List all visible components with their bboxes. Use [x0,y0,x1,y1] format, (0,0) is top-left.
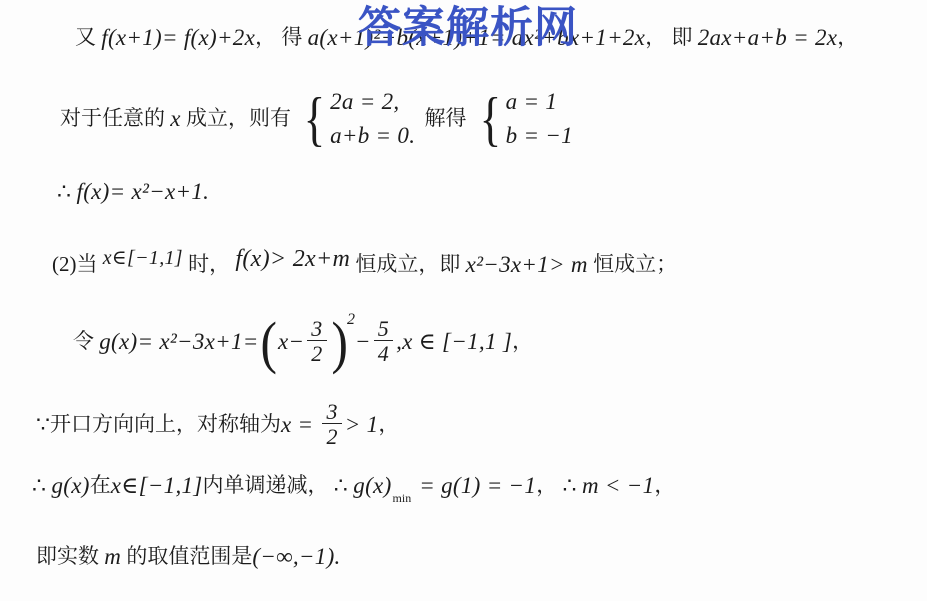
big-paren-close: ) [331,328,347,357]
text-run: ， 即 [645,25,698,50]
math-run: x∈[−1,1] [111,472,203,500]
text-run: 恒成立，即 [350,252,466,277]
math-run: g(x)= x²−3x+1= [99,328,258,356]
math-run: f(x+1)= f(x)+2x [101,24,255,52]
fraction: 3 2 [307,317,326,366]
minus-sign: − [355,328,371,356]
big-paren-open: ( [260,328,276,357]
min-subscript: min [393,491,412,505]
text-run: 恒成立； [588,252,677,277]
math-run: f(x)= x²−x+1. [77,178,210,206]
because-symbol: ∵ [36,412,50,438]
denominator: 2 [322,423,341,449]
solution-line-8: 即实数 m 的取值范围是 (−∞,−1). [36,543,341,571]
text-run: (2)当 [52,252,103,277]
fraction: 3 2 [322,400,341,449]
therefore-symbol: ∴ [334,473,354,499]
text-run: 对于任意的 [60,106,170,131]
solution-line-4: (2)当 x∈[−1,1] 时， f(x)> 2x+m 恒成立，即 x²−3x+… [52,250,677,279]
text-run: 开口方向向上，对称轴为 [50,412,281,437]
numerator: 3 [307,317,326,340]
text-run: ， [837,25,858,50]
denominator: 2 [307,340,326,366]
case-row: a+b = 0. [330,122,415,150]
math-run: = g(1) = −1 [413,472,536,500]
case-row: b = −1 [506,122,573,150]
text-run: 即实数 [36,544,104,569]
math-run: x− [278,328,304,356]
case-row: 2a = 2, [330,88,415,116]
text-run: ， [536,473,562,498]
math-run: f(x)> 2x+m [235,245,350,274]
therefore-symbol: ∴ [57,179,77,205]
math-run: > 1 [345,411,379,439]
math-run: x [170,105,181,133]
watermark: 答案解析网 [358,0,578,55]
text-run: 又 [75,25,101,50]
math-run: x = [281,411,319,439]
math-run: (−∞,−1). [252,543,340,571]
left-brace: { [304,89,326,149]
text-run: 令 [73,329,99,354]
solution-line-6: ∵ 开口方向向上，对称轴为 x = 3 2 > 1 ， [36,396,399,454]
fraction: 5 4 [374,317,393,366]
exponent: 2 [347,310,355,329]
text-run: 在 [90,473,111,498]
case-row: a = 1 [506,88,573,116]
denominator: 4 [374,340,393,366]
solution-line-3: ∴ f(x)= x²−x+1. [57,178,209,206]
math-run: g(x) [52,472,90,500]
equation-system: { a = 1 b = −1 [476,88,573,149]
solution-line-2: 对于任意的 x 成立，则有 { 2a = 2, a+b = 0. 解得 { a … [60,86,577,152]
therefore-symbol: ∴ [32,473,52,499]
text-run: ， [654,473,675,498]
text-run: 的取值范围是 [121,544,252,569]
left-brace: { [479,89,501,149]
numerator: 5 [374,317,393,340]
math-run: ,x ∈ [−1,1 ] [396,328,512,356]
text-run: 成立，则有 [181,106,297,131]
text-run: 内单调递减， [203,473,334,498]
therefore-symbol: ∴ [562,473,582,499]
solution-line-7: ∴ g(x) 在 x∈[−1,1] 内单调递减， ∴ g(x) min = g(… [32,472,675,500]
text-run: 时， [183,252,236,277]
text-run: ， 得 [255,25,308,50]
math-run: m < −1 [582,472,654,500]
text-run: ， [378,412,399,437]
text-run: 解得 [419,106,472,131]
numerator: 3 [322,400,341,423]
math-run: 2ax+a+b = 2x [698,24,838,52]
math-run: x²−3x+1> m [466,251,588,279]
math-run: m [104,543,121,571]
text-run: ， [512,329,533,354]
equation-system: { 2a = 2, a+b = 0. [300,88,415,149]
solution-line-5: 令 g(x)= x²−3x+1= ( x− 3 2 ) 2 − 5 4 ,x ∈… [73,310,533,374]
math-run: g(x) [353,472,391,500]
math-run: x∈[−1,1] [103,246,183,270]
